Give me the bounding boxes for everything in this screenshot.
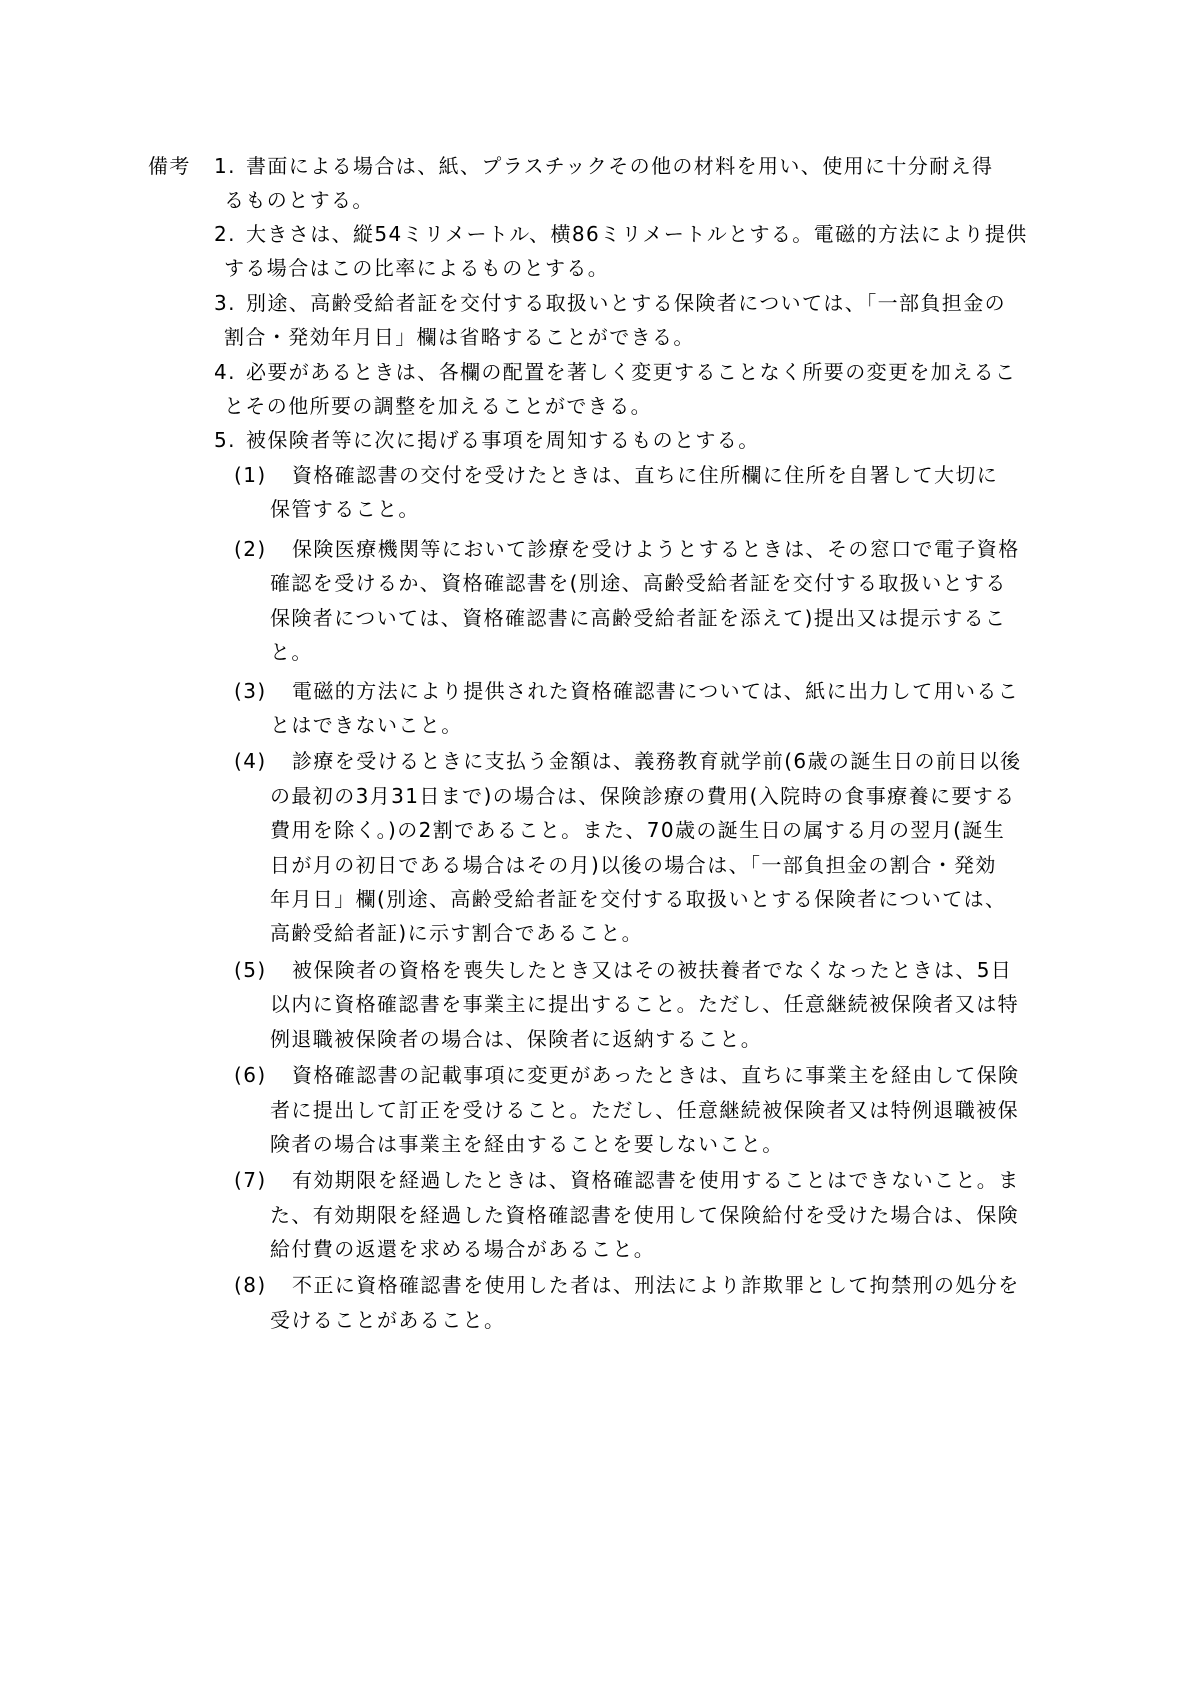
subitem-1-line-1: 資格確認書の交付を受けたときは、直ちに住所欄に住所を自署して大切に: [292, 463, 998, 487]
item-5-number: 5.: [214, 428, 236, 452]
item-4-line-1: 必要があるときは、各欄の配置を著しく変更することなく所要の変更を加えるこ: [246, 360, 1016, 384]
subitem-4-number: (4): [234, 749, 267, 773]
subitem-6-line-1: 資格確認書の記載事項に変更があったときは、直ちに事業主を経由して保険: [292, 1063, 1019, 1087]
item-1-line-2: るものとする。: [224, 188, 374, 212]
subitem-2-line-4: と。: [270, 640, 313, 664]
subitem-8-line-2: 受けることがあること。: [270, 1308, 505, 1332]
subitem-5-line-2: 以内に資格確認書を事業主に提出すること。ただし、任意継続被保険者又は特: [270, 992, 1019, 1016]
item-2-line-2: する場合はこの比率によるものとする。: [224, 256, 609, 280]
remarks-heading: 備考: [148, 154, 191, 178]
item-5-line-1: 被保険者等に次に掲げる事項を周知するものとする。: [246, 428, 760, 452]
subitem-6-number: (6): [234, 1063, 267, 1087]
subitem-4-line-3: 費用を除く。)の2割であること。また、70歳の誕生日の属する月の翌月(誕生: [270, 818, 1005, 842]
subitem-2-line-3: 保険者については、資格確認書に高齢受給者証を添えて)提出又は提示するこ: [270, 606, 1006, 630]
subitem-2-line-2: 確認を受けるか、資格確認書を(別途、高齢受給者証を交付する取扱いとする: [270, 571, 1007, 595]
subitem-7-line-3: 給付費の返還を求める場合があること。: [270, 1237, 655, 1261]
subitem-5-number: (5): [234, 958, 267, 982]
subitem-2-line-1: 保険医療機関等において診療を受けようとするときは、その窓口で電子資格: [292, 537, 1020, 561]
item-3-line-1: 別途、高齢受給者証を交付する取扱いとする保険者については、「一部負担金の: [246, 291, 1006, 315]
subitem-6-line-3: 険者の場合は事業主を経由することを要しないこと。: [270, 1132, 784, 1156]
subitem-8-number: (8): [234, 1273, 267, 1297]
subitem-4-line-2: の最初の3月31日まで)の場合は、保険診療の費用(入院時の食事療養に要する: [270, 784, 1016, 808]
item-3-line-2: 割合・発効年月日」欄は省略することができる。: [224, 325, 695, 349]
subitem-6-line-2: 者に提出して訂正を受けること。ただし、任意継続被保険者又は特例退職被保: [270, 1098, 1019, 1122]
subitem-3-number: (3): [234, 679, 267, 703]
subitem-2-number: (2): [234, 537, 267, 561]
subitem-5-line-1: 被保険者の資格を喪失したとき又はその被扶養者でなくなったときは、5日: [292, 958, 1012, 982]
subitem-1-line-2: 保管すること。: [270, 497, 420, 521]
subitem-4-line-1: 診療を受けるときに支払う金額は、義務教育就学前(6歳の誕生日の前日以後: [292, 749, 1022, 773]
subitem-7-number: (7): [234, 1168, 267, 1192]
item-2-line-1: 大きさは、縦54ミリメートル、横86ミリメートルとする。電磁的方法により提供: [246, 222, 1028, 246]
subitem-4-line-4: 日が月の初日である場合はその月)以後の場合は、「一部負担金の割合・発効: [270, 853, 997, 877]
subitem-4-line-6: 高齢受給者証)に示す割合であること。: [270, 921, 643, 945]
subitem-1-number: (1): [234, 463, 267, 487]
subitem-4-line-5: 年月日」欄(別途、高齢受給者証を交付する取扱いとする保険者については、: [270, 887, 1006, 911]
item-1-line-1: 書面による場合は、紙、プラスチックその他の材料を用い、使用に十分耐え得: [246, 154, 993, 178]
item-3-number: 3.: [214, 291, 236, 315]
item-4-line-2: とその他所要の調整を加えることができる。: [224, 394, 652, 418]
subitem-5-line-3: 例退職被保険者の場合は、保険者に返納すること。: [270, 1027, 762, 1051]
item-4-number: 4.: [214, 360, 236, 384]
subitem-7-line-2: た、有効期限を経過した資格確認書を使用して保険給付を受けた場合は、保険: [270, 1203, 1019, 1227]
item-1-number: 1.: [214, 154, 236, 178]
document-page: 備考 1. 書面による場合は、紙、プラスチックその他の材料を用い、使用に十分耐え…: [0, 0, 1181, 1695]
subitem-3-line-1: 電磁的方法により提供された資格確認書については、紙に出力して用いるこ: [292, 679, 1019, 703]
subitem-7-line-1: 有効期限を経過したときは、資格確認書を使用することはできないこと。ま: [292, 1168, 1020, 1192]
item-2-number: 2.: [214, 222, 236, 246]
subitem-8-line-1: 不正に資格確認書を使用した者は、刑法により詐欺罪として拘禁刑の処分を: [292, 1273, 1020, 1297]
subitem-3-line-2: とはできないこと。: [270, 713, 463, 737]
